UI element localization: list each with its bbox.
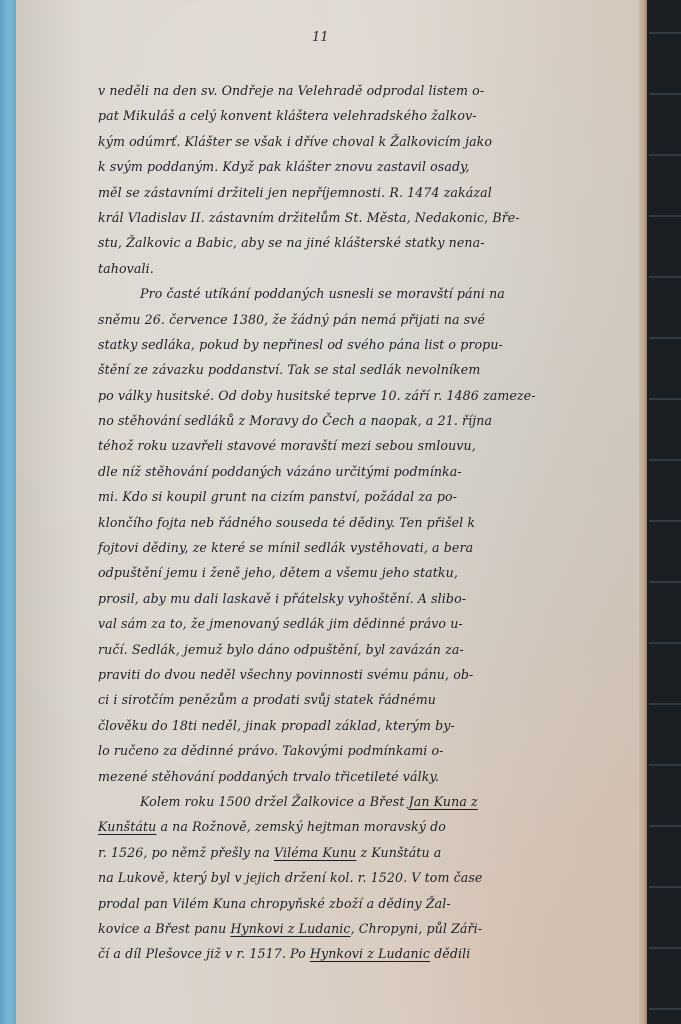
text-line: pat Mikuláš a celý konvent kláštera vele… <box>98 103 646 128</box>
text-line: praviti do dvou neděl všechny povinnosti… <box>98 662 646 687</box>
text-line: prosil, aby mu dali laskavě i přátelsky … <box>98 586 646 611</box>
text-line: Pro časté utíkání poddaných usnesli se m… <box>98 281 646 306</box>
text-line: Kunštátu a na Rožnově, zemský hejtman mo… <box>98 814 646 839</box>
grid-line <box>649 886 681 888</box>
underlined-name: Jan Kuna z <box>409 794 478 809</box>
text-line: mi. Kdo si koupil grunt na cizím panství… <box>98 484 646 509</box>
text-line: téhož roku uzavřeli stavové moravští mez… <box>98 433 646 458</box>
grid-line <box>649 825 681 827</box>
text-line: k svým poddaným. Když pak klášter znovu … <box>98 154 646 179</box>
paragraph-1: v neděli na den sv. Ondřeje na Velehradě… <box>98 78 646 281</box>
grid-line <box>649 215 681 217</box>
text-line: člověku do 18ti neděl, jinak propadl zák… <box>98 713 646 738</box>
grid-line <box>649 32 681 34</box>
text-line: kým odúmrť. Klášter se však i dříve chov… <box>98 129 646 154</box>
text-line: měl se zástavními držiteli jen nepříjemn… <box>98 180 646 205</box>
text-line: mezené stěhování poddaných trvalo třicet… <box>98 764 646 789</box>
text-line: král Vladislav II. zástavním držitelům S… <box>98 205 646 230</box>
grid-line <box>649 764 681 766</box>
underlined-name: Viléma Kunu <box>274 845 356 860</box>
page-number: 11 <box>312 30 329 45</box>
grid-line <box>649 520 681 522</box>
grid-line <box>649 459 681 461</box>
text-line: prodal pan Vilém Kuna chropyňské zboží a… <box>98 891 646 916</box>
text-line: na Lukově, který byl v jejich držení kol… <box>98 865 646 890</box>
underlined-name: Hynkovi z Ludanic <box>310 946 430 961</box>
text-line: v neděli na den sv. Ondřeje na Velehradě… <box>98 78 646 103</box>
dark-background <box>647 0 681 1024</box>
photo-scene: 11 v neděli na den sv. Ondřeje na Velehr… <box>0 0 681 1024</box>
text-line: čí a díl Plešovce již v r. 1517. Po Hynk… <box>98 941 646 966</box>
text-line: ci i sirotčím penězům a prodati svůj sta… <box>98 687 646 712</box>
underlined-name: Hynkovi z Ludanic <box>230 921 350 936</box>
text-line: statky sedláka, pokud by nepřinesl od sv… <box>98 332 646 357</box>
text-line: po války husitské. Od doby husitské tepr… <box>98 383 646 408</box>
grid-line <box>649 1008 681 1010</box>
grid-line <box>649 154 681 156</box>
text-line: r. 1526, po němž přešly na Viléma Kunu z… <box>98 840 646 865</box>
grid-line <box>649 642 681 644</box>
grid-line <box>649 947 681 949</box>
text-line: ručí. Sedlák, jemuž bylo dáno odpuštění,… <box>98 637 646 662</box>
text-line: fojtovi dědiny, ze které se mínil sedlák… <box>98 535 646 560</box>
text-line: tahovali. <box>98 256 646 281</box>
grid-line <box>649 581 681 583</box>
text-line: dle níž stěhování poddaných vázáno určit… <box>98 459 646 484</box>
grid-line <box>649 398 681 400</box>
text-line: no stěhování sedláků z Moravy do Čech a … <box>98 408 646 433</box>
grid-line <box>649 703 681 705</box>
text-line: Kolem roku 1500 držel Žalkovice a Břest … <box>98 789 646 814</box>
underlined-name: Kunštátu <box>98 819 156 834</box>
text-line: lo ručeno za dědinné právo. Takovými pod… <box>98 738 646 763</box>
handwritten-text: v neděli na den sv. Ondřeje na Velehradě… <box>98 78 646 967</box>
manuscript-page: 11 v neděli na den sv. Ondřeje na Velehr… <box>16 0 642 1024</box>
text-line: sněmu 26. července 1380, že žádný pán ne… <box>98 307 646 332</box>
text-line: štění ze závazku poddanství. Tak se stal… <box>98 357 646 382</box>
text-line: stu, Žalkovic a Babic, aby se na jiné kl… <box>98 230 646 255</box>
grid-line <box>649 276 681 278</box>
text-line: kovice a Břest panu Hynkovi z Ludanic, C… <box>98 916 646 941</box>
grid-line <box>649 93 681 95</box>
paragraph-3: Kolem roku 1500 držel Žalkovice a Břest … <box>98 789 646 967</box>
text-line: klončího fojta neb řádného souseda té dě… <box>98 510 646 535</box>
paragraph-2: Pro časté utíkání poddaných usnesli se m… <box>98 281 646 789</box>
text-line: odpuštění jemu i ženě jeho, dětem a všem… <box>98 560 646 585</box>
text-line: val sám za to, že jmenovaný sedlák jim d… <box>98 611 646 636</box>
grid-line <box>649 337 681 339</box>
